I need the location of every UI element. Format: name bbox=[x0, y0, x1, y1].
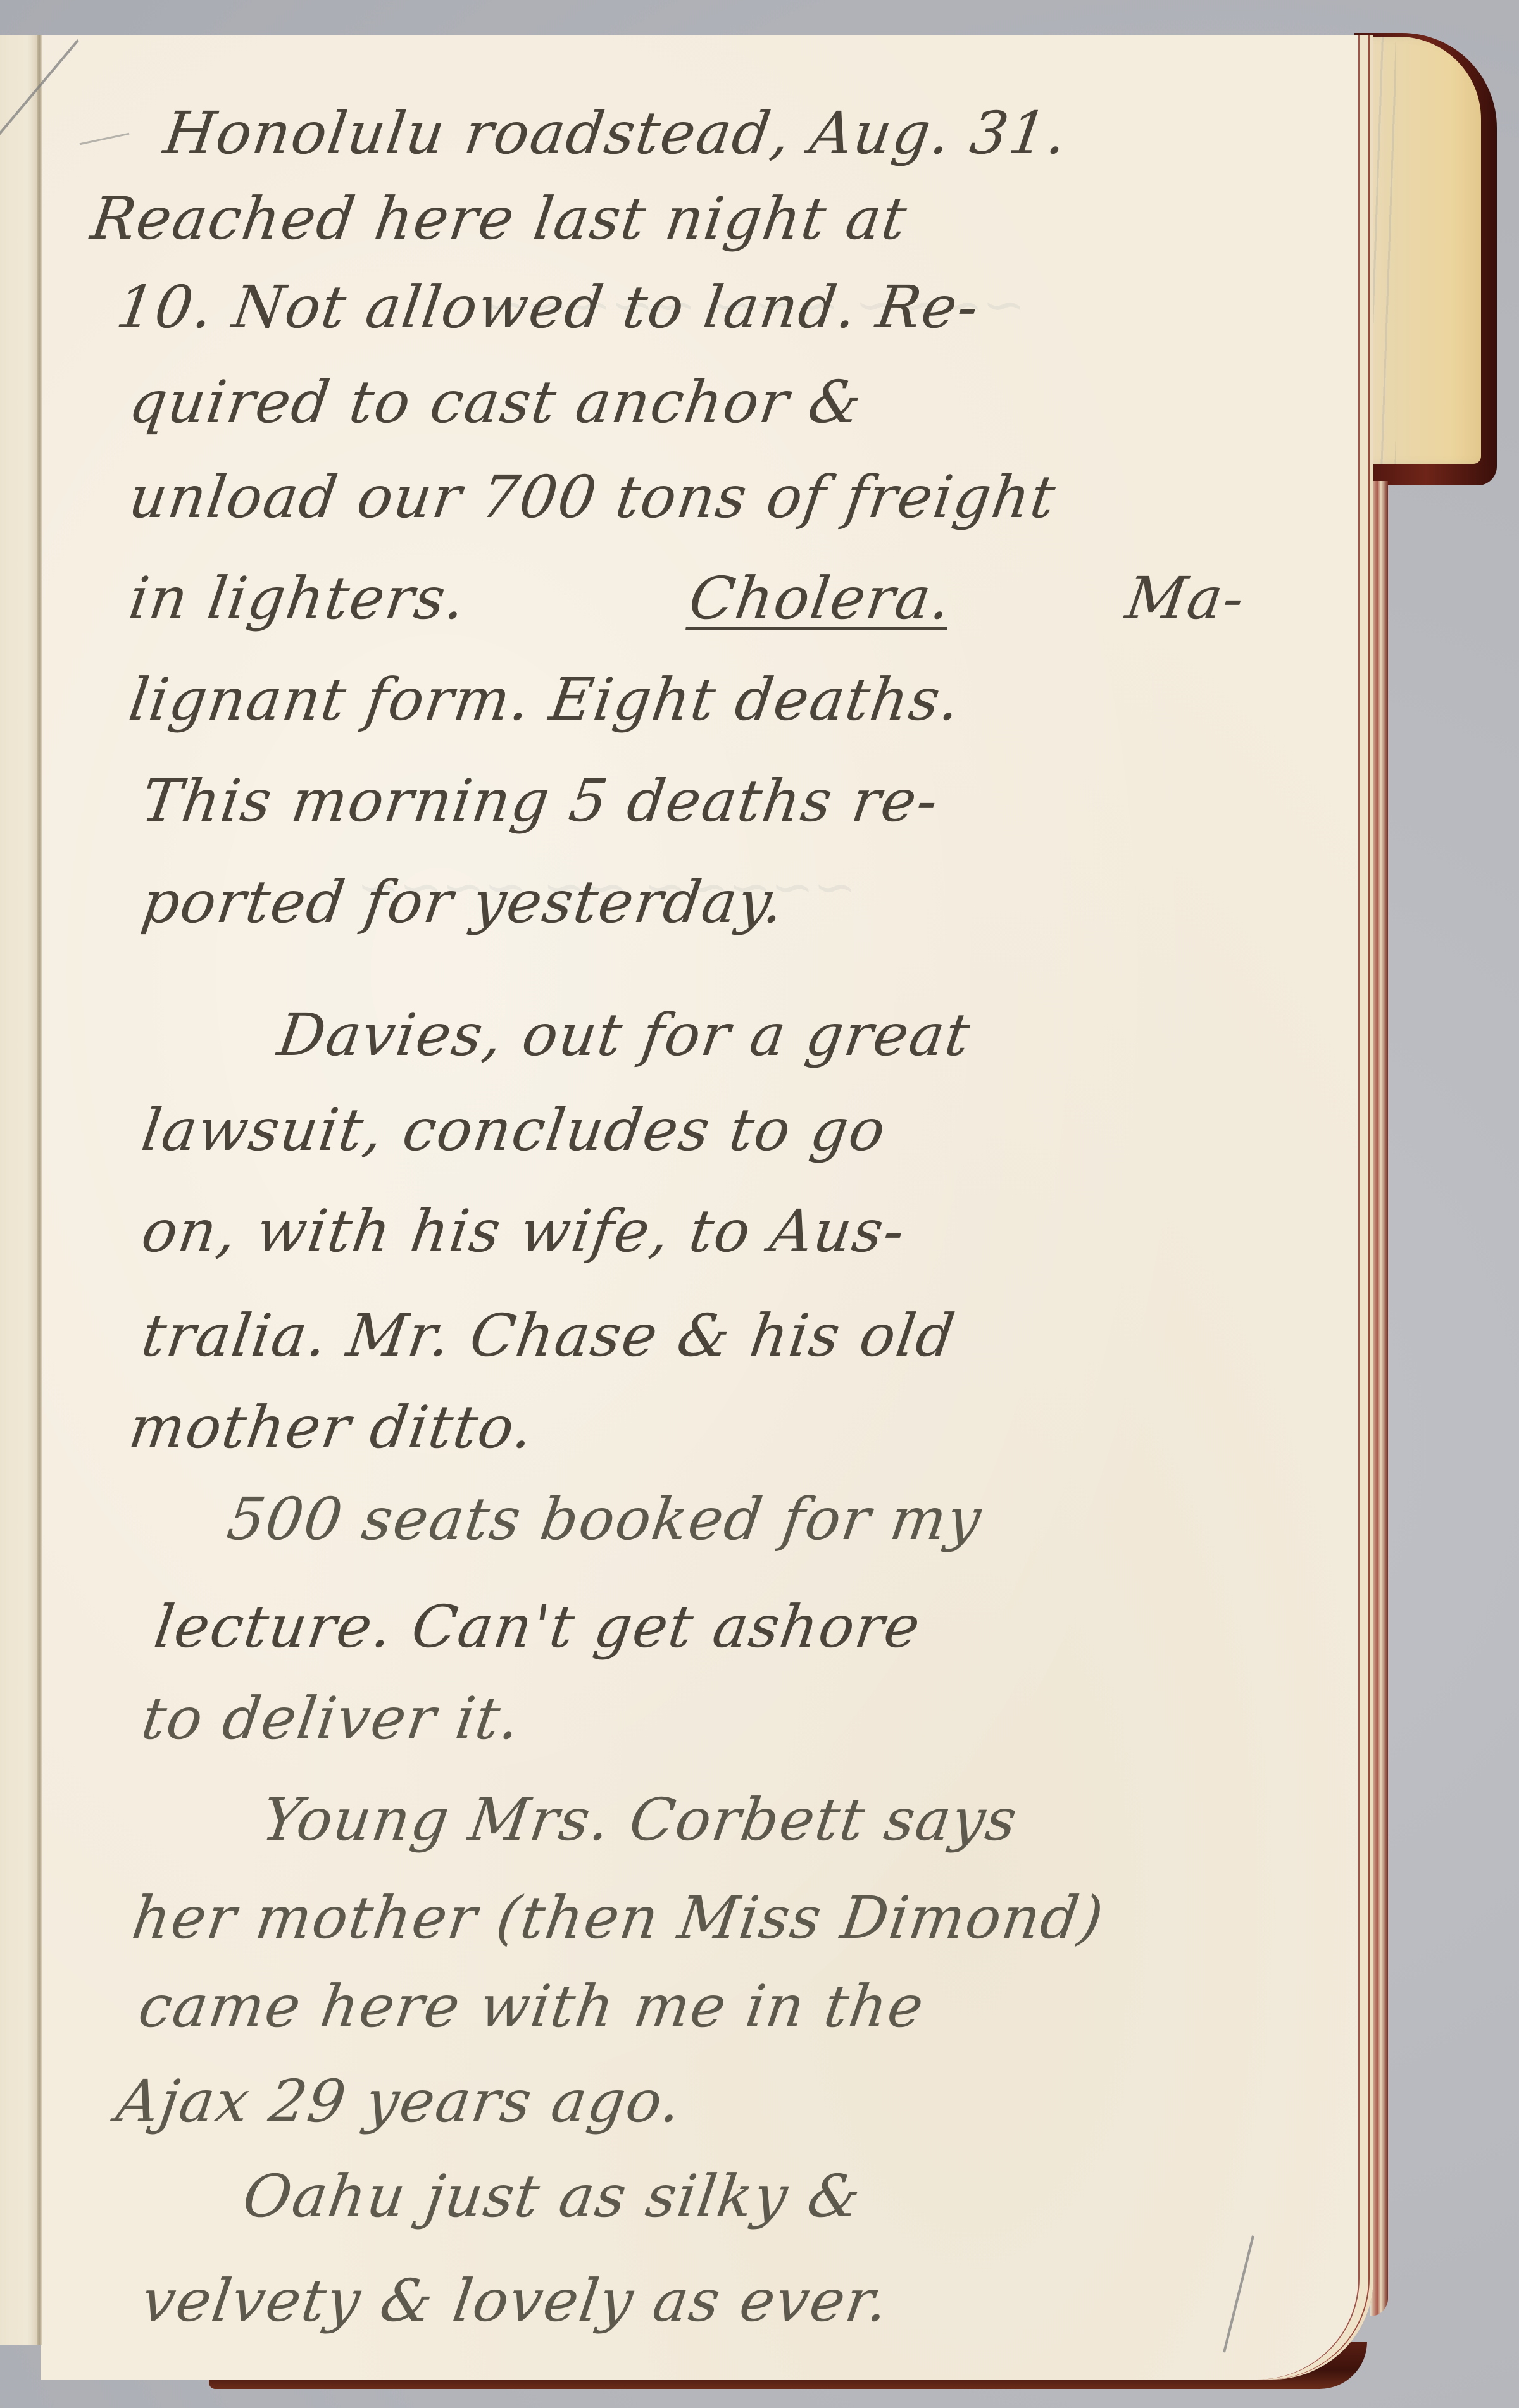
journal-line: Davies, out for a great bbox=[275, 1006, 975, 1064]
journal-line: lawsuit, concludes to go bbox=[139, 1101, 890, 1159]
journal-line: This morning 5 deaths re- bbox=[139, 772, 942, 830]
journal-line: 10. Not allowed to land. Re- bbox=[113, 278, 983, 337]
journal-line: on, with his wife, to Aus- bbox=[139, 1202, 910, 1261]
journal-line: quired to cast anchor & bbox=[126, 373, 866, 432]
journal-line: Young Mrs. Corbett says bbox=[259, 1791, 1022, 1849]
journal-line: ported for yesterday. bbox=[139, 873, 789, 932]
page-gutter bbox=[37, 35, 42, 2345]
journal-line: unload our 700 tons of freight bbox=[126, 468, 1060, 527]
journal-line: lignant form. Eight deaths. bbox=[126, 671, 965, 729]
journal-line: Reached here last night at bbox=[88, 190, 911, 248]
journal-line: her mother (then Miss Dimond) bbox=[129, 1889, 1108, 1947]
journal-line: in lighters. bbox=[126, 570, 470, 628]
journal-line: velvety & lovely as ever. bbox=[139, 2272, 893, 2330]
journal-line-underlined: Cholera. bbox=[686, 570, 956, 628]
journal-line: lecture. Can't get ashore bbox=[151, 1598, 925, 1656]
journal-line: to deliver it. bbox=[139, 1690, 525, 1748]
journal-line: Oahu just as silky & bbox=[240, 2168, 865, 2226]
journal-line: tralia. Mr. Chase & his old bbox=[139, 1307, 960, 1365]
left-page-edge bbox=[0, 35, 39, 2345]
journal-line: Honolulu roadstead, Aug. 31. bbox=[161, 104, 1072, 163]
journal-line: 500 seats booked for my bbox=[224, 1490, 986, 1549]
journal-line: came here with me in the bbox=[135, 1978, 928, 2036]
journal-line: mother ditto. bbox=[126, 1399, 538, 1457]
journal-line: Ma- bbox=[1123, 570, 1249, 628]
journal-line: Ajax 29 years ago. bbox=[113, 2073, 686, 2131]
